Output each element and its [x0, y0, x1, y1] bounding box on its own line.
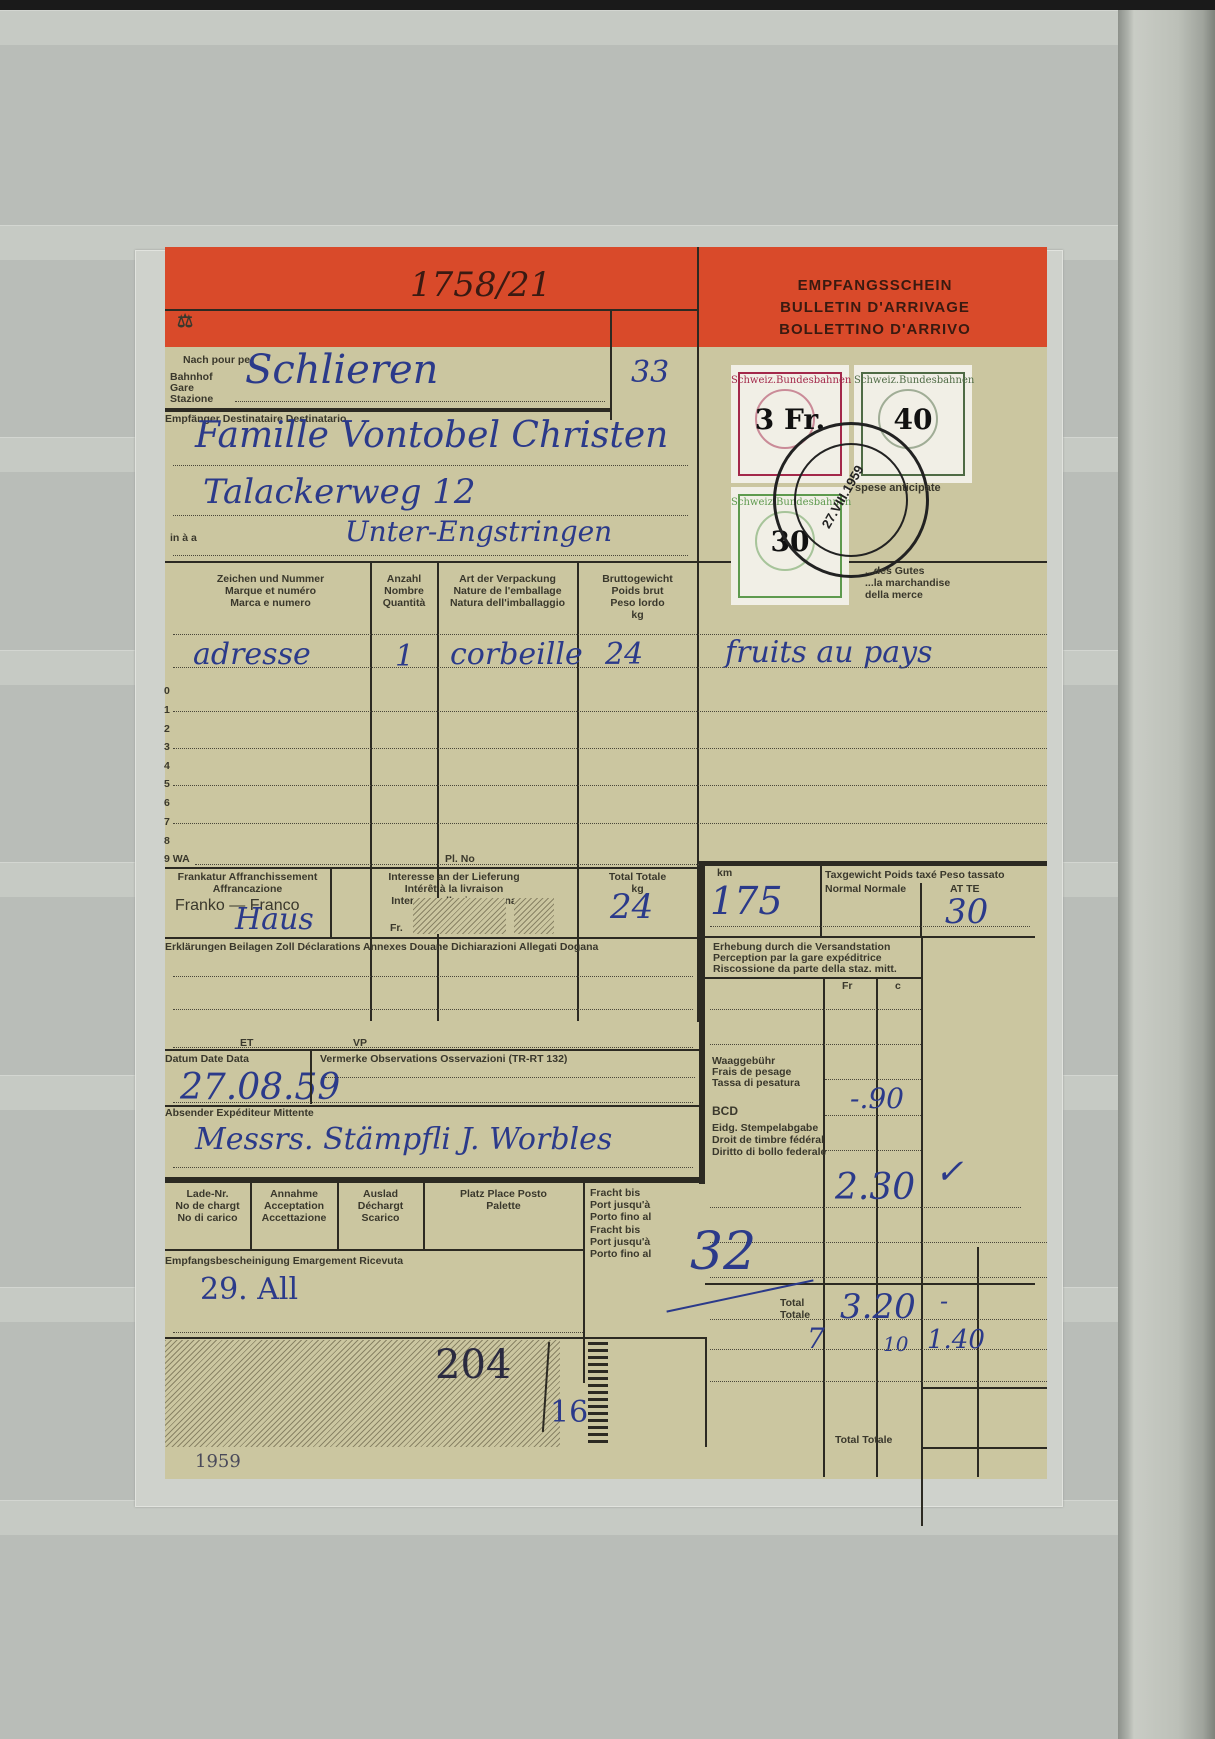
title-fr: BULLETIN D'ARRIVAGE: [710, 297, 1040, 319]
platz-label: Platz Place PostoPalette: [424, 1188, 583, 1212]
collection-total-label: Total: [780, 1297, 804, 1309]
freight-label-1: Fracht bisPort jusqu'àPorto fino al: [590, 1187, 651, 1223]
sender-label: Absender Expéditeur Mittente: [165, 1107, 314, 1119]
check-mark: ✓: [935, 1152, 964, 1192]
grand-total-label: Total Totale: [835, 1434, 892, 1446]
date-label: Datum Date Data: [165, 1053, 249, 1065]
fraction-bottom: 16: [550, 1395, 588, 1430]
franking-hand: Haus: [235, 902, 314, 937]
stamp-duty-label: Eidg. Stempelabgabe: [712, 1122, 818, 1134]
customs-label: Erklärungen Beilagen Zoll Déclarations A…: [165, 941, 598, 953]
recipient-name: Famille Vontobel Christen: [195, 415, 668, 456]
postmark: 27.VIII.1959: [773, 422, 929, 578]
km-label: km: [717, 867, 732, 879]
sender-value: Messrs. Stämpfli J. Worbles: [195, 1122, 612, 1157]
arrival-bulletin: 1758/21 EMPFANGSSCHEIN BULLETIN D'ARRIVA…: [165, 247, 1047, 1479]
goods-description: fruits au pays: [725, 635, 933, 670]
document-title: EMPFANGSSCHEIN BULLETIN D'ARRIVAGE BOLLE…: [710, 275, 1040, 341]
interest-hatch: [514, 898, 554, 934]
scales-icon: ⚖: [177, 315, 193, 327]
fraction-top: 204: [435, 1342, 511, 1388]
freight-value: 32: [690, 1222, 756, 1282]
album-strip: [0, 10, 1120, 45]
col-marks: Zeichen und NummerMarque et numéroMarca …: [173, 573, 368, 609]
item-count: 1: [395, 639, 414, 674]
ruler-marks: [588, 1342, 608, 1445]
title-it: BOLLETTINO D'ARRIVO: [710, 319, 1040, 341]
franking-label: Frankatur AffranchissementAffrancazione: [165, 871, 330, 895]
reference-number: 1758/21: [410, 265, 551, 305]
receipt-value: 29. All: [200, 1272, 298, 1307]
receipt-label: Empfangsbescheinigung Emargement Ricevut…: [165, 1255, 403, 1267]
spese-label: spese anticipate: [855, 482, 941, 494]
freight-label-2: Fracht bisPort jusqu'àPorto fino al: [590, 1224, 651, 1260]
title-de: EMPFANGSSCHEIN: [710, 275, 1040, 297]
amount-2: 2.30: [835, 1167, 915, 1208]
station-name: Schlieren: [245, 347, 438, 393]
album-spine: [1118, 10, 1215, 1739]
header-band: 1758/21 EMPFANGSSCHEIN BULLETIN D'ARRIVA…: [165, 247, 1047, 347]
collection-total: 3.20: [840, 1287, 916, 1327]
col-count: AnzahlNombreQuantità: [371, 573, 437, 609]
year-note: 1959: [195, 1451, 241, 1472]
recipient-town: Unter-Engstringen: [345, 515, 612, 548]
bcd-label: BCD: [712, 1105, 738, 1117]
station-code: 33: [631, 355, 669, 390]
annahme-label: AnnahmeAcceptationAccettazione: [251, 1188, 337, 1224]
recipient-street: Talackerweg 12: [203, 472, 476, 512]
col-weight: BruttogewichtPoids brutPeso lordokg: [578, 573, 697, 621]
col-packing: Art der VerpackungNature de l'emballageN…: [438, 573, 577, 609]
auslad-label: AusladDéchargtScarico: [338, 1188, 423, 1224]
remarks-label: Vermerke Observations Osservazioni (TR-R…: [320, 1053, 567, 1065]
distance-km: 175: [710, 879, 783, 923]
lade-label: Lade-Nr.No de chargtNo di carico: [165, 1188, 250, 1224]
total-weight: 24: [610, 887, 653, 927]
weighing-fee: -.90: [850, 1082, 904, 1115]
interest-hatch: [413, 898, 506, 934]
destination-label: Nach pour per: [183, 354, 254, 366]
tax-weight-label: Taxgewicht Poids taxé Peso tassato: [825, 869, 1005, 881]
